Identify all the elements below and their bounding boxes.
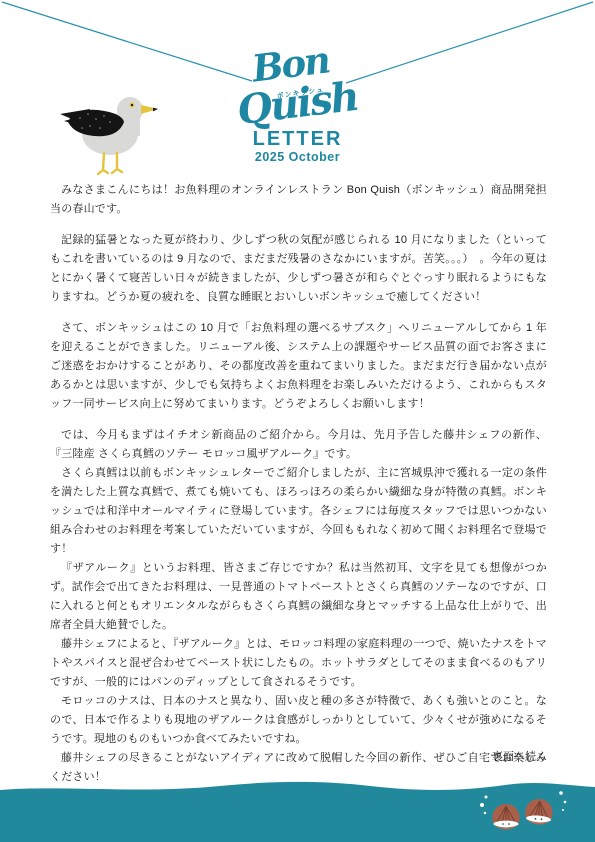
newsletter-page: Bon ボンキッシュ Quish LETTER 2025 October: [0, 0, 595, 842]
footer-wave: [0, 776, 595, 842]
body-paragraph: 『ザアルーク』というお料理、皆さまご存じですか？私は当然初耳、文字を見ても想像が…: [50, 559, 547, 635]
letter-body: みなさまこんにちは！お魚料理のオンラインレストラン Bon Quish（ボンキッ…: [50, 181, 547, 787]
body-paragraph: モロッコのナスは、日本のナスと異なり、固い皮と種の多さが特徴で、あくも強いとのこ…: [50, 692, 547, 749]
body-paragraph: みなさまこんにちは！お魚料理のオンラインレストラン Bon Quish（ボンキッ…: [50, 181, 547, 219]
body-paragraph: では、今月もまずはイチオシ新商品のご紹介から。今月は、先月予告した藤井シェフの新…: [50, 426, 547, 464]
continue-note: 裏面へ続く: [492, 748, 547, 764]
body-paragraph: 藤井シェフによると、『ザアルーク』とは、モロッコ料理の家庭料理の一つで、焼いたナ…: [50, 635, 547, 692]
scallop-shells-icon: [473, 787, 573, 837]
body-paragraph: さて、ボンキッシュはこの 10 月で「お魚料理の選べるサブスク」へリニューアルし…: [50, 319, 547, 414]
seagull-icon: [60, 84, 162, 178]
body-paragraph: さくら真鱈は以前もボンキッシュレターでご紹介しましたが、主に宮城県沖で獲れる一定…: [50, 464, 547, 559]
body-paragraph: 記録的猛暑となった夏が終わり、少しずつ秋の気配が感じられる 10 月になりました…: [50, 231, 547, 307]
